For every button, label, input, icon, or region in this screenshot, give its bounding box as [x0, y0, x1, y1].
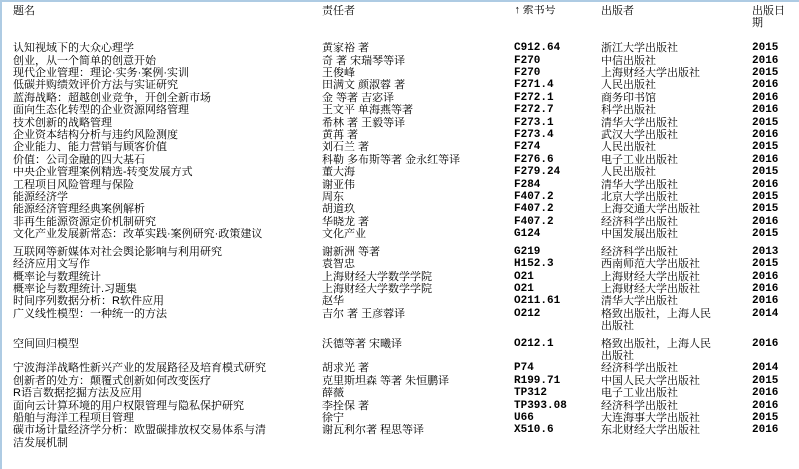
book-publisher: 浙江大学出版社 — [601, 42, 752, 54]
table-row: 广义线性模型：一种统一的方法 吉尔 著 王彦蓉译 O212 格致出版社，上海人民… — [13, 308, 799, 333]
book-publisher: 上海财经大学出版社 — [601, 283, 752, 295]
book-author: 李拴保 著 — [322, 400, 514, 412]
table-row: 能源经济学 周东 F407.2 北京大学出版社 2015 — [13, 191, 799, 203]
book-title[interactable]: 企业能力、能力营销与顾客价值 — [13, 141, 322, 153]
call-number: F272.1 — [514, 92, 601, 104]
table-row: 能源经济管理经典案例解析 胡道玖 F407.2 上海交通大学出版社 2015 — [13, 203, 799, 215]
table-row: 宁波海洋战略性新兴产业的发展路径及培育模式研究 胡求光 著 P74 经济科学出版… — [13, 362, 799, 374]
table-row: 低碳并购绩效评价方法与实证研究 田满文 颜淑蓉 著 F271.4 人民出版社 2… — [13, 79, 799, 91]
call-number: F407.2 — [514, 216, 601, 228]
publish-date: 2016 — [752, 387, 796, 399]
call-number: O21 — [514, 283, 601, 295]
book-publisher: 经济科学出版社 — [601, 246, 752, 258]
book-title[interactable]: 时间序列数据分析：R软件应用 — [13, 295, 322, 307]
book-title[interactable]: 经济应用文写作 — [13, 258, 322, 270]
column-header-callno[interactable]: ↑索书号 — [514, 5, 601, 17]
call-number: TP393.08 — [514, 400, 601, 412]
book-title[interactable]: 企业资本结构分析与违约风险测度 — [13, 129, 322, 141]
book-author: 上海财经大学数学学院 — [322, 271, 514, 283]
book-author: 刘石兰 著 — [322, 141, 514, 153]
book-title[interactable]: 中央企业管理案例精选-转变发展方式 — [13, 166, 322, 178]
book-author: 科勒 多布斯等著 金永红等译 — [322, 154, 514, 166]
book-publisher: 格致出版社，上海人民出版社 — [601, 308, 752, 333]
table-row: 企业能力、能力营销与顾客价值 刘石兰 著 F274 人民出版社 2015 — [13, 141, 799, 153]
book-publisher: 中信出版社 — [601, 55, 752, 67]
book-author: 吉尔 著 王彦蓉译 — [322, 308, 514, 320]
call-number: G124 — [514, 228, 601, 240]
table-row: 价值：公司金融的四大基石 科勒 多布斯等著 金永红等译 F276.6 电子工业出… — [13, 154, 799, 166]
table-row: 企业资本结构分析与违约风险测度 黄苒 著 F273.4 武汉大学出版社 2016 — [13, 129, 799, 141]
table-row: 认知视域下的大众心理学 黄家裕 著 C912.64 浙江大学出版社 2015 — [13, 42, 799, 54]
call-number: F407.2 — [514, 203, 601, 215]
book-publisher: 上海财经大学出版社 — [601, 67, 752, 79]
table-row: 现代企业管理：理论·实务·案例·实训 王俊峰 F270 上海财经大学出版社 20… — [13, 67, 799, 79]
table-row: 创业，从一个简单的创意开始 奇 著 宋瑞琴等译 F270 中信出版社 2016 — [13, 55, 799, 67]
table-row: 中央企业管理案例精选-转变发展方式 董大海 F279.24 人民出版社 2015 — [13, 166, 799, 178]
call-number: F272.7 — [514, 104, 601, 116]
table-row: 时间序列数据分析：R软件应用 赵华 O211.61 清华大学出版社 2016 — [13, 295, 799, 307]
call-number: G219 — [514, 246, 601, 258]
book-title[interactable]: 船舶与海洋工程项目管理 — [13, 412, 322, 424]
call-number: F273.1 — [514, 117, 601, 129]
book-author: 克里斯坦森 等著 朱恒鹏译 — [322, 375, 514, 387]
book-author: 文化产业 — [322, 228, 514, 240]
call-number: U66 — [514, 412, 601, 424]
table-row: 概率论与数理统计 上海财经大学数学学院 O21 上海财经大学出版社 2016 — [13, 271, 799, 283]
table-row: 工程项目风险管理与保险 谢亚伟 F284 清华大学出版社 2016 — [13, 179, 799, 191]
book-title[interactable]: 概率论与数理统计.习题集 — [13, 283, 322, 295]
book-title[interactable]: 认知视域下的大众心理学 — [13, 42, 322, 54]
call-number: F273.4 — [514, 129, 601, 141]
book-author: 华晓龙 著 — [322, 216, 514, 228]
book-title[interactable]: 非再生能源资源定价机制研究 — [13, 216, 322, 228]
table-row: 互联网等新媒体对社会舆论影响与利用研究 谢新洲 等著 G219 经济科学出版社 … — [13, 246, 799, 258]
book-author: 胡求光 著 — [322, 362, 514, 374]
book-publisher: 格致出版社，上海人民出版社 — [601, 338, 752, 363]
table-row: 概率论与数理统计.习题集 上海财经大学数学学院 O21 上海财经大学出版社 20… — [13, 283, 799, 295]
call-number: O212.1 — [514, 338, 601, 350]
catalog-table-header: 题名 责任者 ↑索书号 出版者 出版日期 — [13, 5, 799, 30]
table-row: 蓝海战略：超越创业竞争，开创全新市场 金 等著 吉宓译 F272.1 商务印书馆… — [13, 92, 799, 104]
call-number: F271.4 — [514, 79, 601, 91]
book-publisher: 人民出版社 — [601, 141, 752, 153]
book-title[interactable]: 互联网等新媒体对社会舆论影响与利用研究 — [13, 246, 322, 258]
book-title[interactable]: 面向生态化转型的企业资源网络管理 — [13, 104, 322, 116]
publish-date: 2016 — [752, 179, 796, 191]
book-publisher: 中国发展出版社 — [601, 228, 752, 240]
publish-date: 2015 — [752, 117, 796, 129]
call-number: R199.71 — [514, 375, 601, 387]
catalog-table-body: 认知视域下的大众心理学 黄家裕 著 C912.64 浙江大学出版社 2015 创… — [13, 42, 799, 449]
book-author: 沃德等著 宋曦译 — [322, 338, 514, 350]
call-number: C912.64 — [514, 42, 601, 54]
book-title[interactable]: 概率论与数理统计 — [13, 271, 322, 283]
call-number: X510.6 — [514, 424, 601, 436]
book-publisher: 东北财经大学出版社 — [601, 424, 752, 436]
book-publisher: 经济科学出版社 — [601, 216, 752, 228]
book-author: 袁智忠 — [322, 258, 514, 270]
table-row: 技术创新的战略管理 希林 著 王毅等译 F273.1 清华大学出版社 2015 — [13, 117, 799, 129]
publish-date: 2014 — [752, 362, 796, 374]
book-publisher: 清华大学出版社 — [601, 179, 752, 191]
book-author: 王俊峰 — [322, 67, 514, 79]
catalog-results-page: 题名 责任者 ↑索书号 出版者 出版日期 认知视域下的大众心理学 黄家裕 著 C… — [0, 0, 799, 469]
table-row: 创新者的处方：颠覆式创新如何改变医疗 克里斯坦森 等著 朱恒鹏译 R199.71… — [13, 375, 799, 387]
book-publisher: 电子工业出版社 — [601, 154, 752, 166]
book-author: 周东 — [322, 191, 514, 203]
book-author: 谢亚伟 — [322, 179, 514, 191]
publish-date: 2015 — [752, 258, 796, 270]
book-author: 王文平 单海燕等著 — [322, 104, 514, 116]
book-title[interactable]: 空间回归模型 — [13, 338, 322, 350]
publish-date: 2015 — [752, 375, 796, 387]
book-title[interactable]: 广义线性模型：一种统一的方法 — [13, 308, 322, 320]
book-author: 徐宁 — [322, 412, 514, 424]
book-author: 谢新洲 等著 — [322, 246, 514, 258]
publish-date: 2016 — [752, 424, 796, 436]
publish-date: 2016 — [752, 338, 796, 350]
table-row: 面向云计算环境的用户权限管理与隐私保护研究 李拴保 著 TP393.08 经济科… — [13, 400, 799, 412]
book-publisher: 清华大学出版社 — [601, 117, 752, 129]
call-number: F407.2 — [514, 191, 601, 203]
column-header-date-label: 出版日期 — [752, 5, 788, 30]
book-author: 金 等著 吉宓译 — [322, 92, 514, 104]
sort-ascending-icon: ↑ — [514, 5, 521, 17]
book-publisher: 中国人民大学出版社 — [601, 375, 752, 387]
book-title[interactable]: 蓝海战略：超越创业竞争，开创全新市场 — [13, 92, 322, 104]
book-publisher: 商务印书馆 — [601, 92, 752, 104]
book-title[interactable]: 创新者的处方：颠覆式创新如何改变医疗 — [13, 375, 322, 387]
column-header-author[interactable]: 责任者 — [322, 5, 514, 17]
book-title[interactable]: 碳市场计量经济学分析：欧盟碳排放权交易体系与清洁发展机制 — [13, 424, 322, 449]
book-author: 希林 著 王毅等译 — [322, 117, 514, 129]
book-author: 奇 著 宋瑞琴等译 — [322, 55, 514, 67]
book-publisher: 电子工业出版社 — [601, 387, 752, 399]
publish-date: 2015 — [752, 67, 796, 79]
publish-date: 2015 — [752, 166, 796, 178]
publish-date: 2013 — [752, 246, 796, 258]
book-title[interactable]: 低碳并购绩效评价方法与实证研究 — [13, 79, 322, 91]
call-number: TP312 — [514, 387, 601, 399]
call-number: P74 — [514, 362, 601, 374]
book-publisher: 人民出版社 — [601, 79, 752, 91]
publish-date: 2015 — [752, 228, 796, 240]
book-title[interactable]: 能源经济管理经典案例解析 — [13, 203, 322, 215]
book-author: 黄苒 著 — [322, 129, 514, 141]
table-row: 面向生态化转型的企业资源网络管理 王文平 单海燕等著 F272.7 科学出版社 … — [13, 104, 799, 116]
publish-date: 2016 — [752, 400, 796, 412]
book-title[interactable]: 技术创新的战略管理 — [13, 117, 322, 129]
book-publisher: 上海财经大学出版社 — [601, 271, 752, 283]
call-number: F284 — [514, 179, 601, 191]
publish-date: 2016 — [752, 154, 796, 166]
call-number: H152.3 — [514, 258, 601, 270]
book-publisher: 大连海事大学出版社 — [601, 412, 752, 424]
book-title[interactable]: 面向云计算环境的用户权限管理与隐私保护研究 — [13, 400, 322, 412]
publish-date: 2016 — [752, 92, 796, 104]
table-row: 文化产业发展新常态：改革实践·案例研究·政策建议 文化产业 G124 中国发展出… — [13, 228, 799, 240]
column-header-callno-label: 索书号 — [523, 5, 556, 17]
book-publisher: 经济科学出版社 — [601, 362, 752, 374]
call-number: F270 — [514, 67, 601, 79]
table-row: 空间回归模型 沃德等著 宋曦译 O212.1 格致出版社，上海人民出版社 201… — [13, 338, 799, 363]
book-author: 赵华 — [322, 295, 514, 307]
book-author: 田满文 颜淑蓉 著 — [322, 79, 514, 91]
book-title[interactable]: 文化产业发展新常态：改革实践·案例研究·政策建议 — [13, 228, 322, 240]
book-author: 黄家裕 著 — [322, 42, 514, 54]
book-publisher: 西南师范大学出版社 — [601, 258, 752, 270]
book-title[interactable]: 工程项目风险管理与保险 — [13, 179, 322, 191]
call-number: F276.6 — [514, 154, 601, 166]
table-row: R语言数据挖掘方法及应用 薛薇 TP312 电子工业出版社 2016 — [13, 387, 799, 399]
call-number: O21 — [514, 271, 601, 283]
publish-date: 2015 — [752, 42, 796, 54]
publish-date: 2015 — [752, 412, 796, 424]
book-publisher: 科学出版社 — [601, 104, 752, 116]
call-number: F279.24 — [514, 166, 601, 178]
book-title[interactable]: R语言数据挖掘方法及应用 — [13, 387, 322, 399]
publish-date: 2015 — [752, 203, 796, 215]
call-number: F274 — [514, 141, 601, 153]
column-header-date[interactable]: 出版日期 — [752, 5, 796, 30]
call-number: O211.61 — [514, 295, 601, 307]
publish-date: 2016 — [752, 271, 796, 283]
book-publisher: 上海交通大学出版社 — [601, 203, 752, 215]
table-row: 经济应用文写作 袁智忠 H152.3 西南师范大学出版社 2015 — [13, 258, 799, 270]
publish-date: 2015 — [752, 141, 796, 153]
book-publisher: 北京大学出版社 — [601, 191, 752, 203]
book-title[interactable]: 能源经济学 — [13, 191, 322, 203]
book-author: 董大海 — [322, 166, 514, 178]
book-title[interactable]: 宁波海洋战略性新兴产业的发展路径及培育模式研究 — [13, 362, 322, 374]
publish-date: 2016 — [752, 216, 796, 228]
call-number: O212 — [514, 308, 601, 320]
book-author: 上海财经大学数学学院 — [322, 283, 514, 295]
table-row: 碳市场计量经济学分析：欧盟碳排放权交易体系与清洁发展机制 谢瓦利尔著 程思等译 … — [13, 424, 799, 449]
publish-date: 2016 — [752, 104, 796, 116]
book-author: 薛薇 — [322, 387, 514, 399]
book-publisher: 人民出版社 — [601, 166, 752, 178]
publish-date: 2016 — [752, 79, 796, 91]
book-title[interactable]: 现代企业管理：理论·实务·案例·实训 — [13, 67, 322, 79]
publish-date: 2016 — [752, 55, 796, 67]
publish-date: 2016 — [752, 129, 796, 141]
publish-date: 2016 — [752, 283, 796, 295]
book-author: 胡道玖 — [322, 203, 514, 215]
book-publisher: 经济科学出版社 — [601, 400, 752, 412]
call-number: F270 — [514, 55, 601, 67]
table-row: 船舶与海洋工程项目管理 徐宁 U66 大连海事大学出版社 2015 — [13, 412, 799, 424]
book-author: 谢瓦利尔著 程思等译 — [322, 424, 514, 436]
publish-date: 2015 — [752, 191, 796, 203]
publish-date: 2016 — [752, 295, 796, 307]
table-row: 非再生能源资源定价机制研究 华晓龙 著 F407.2 经济科学出版社 2016 — [13, 216, 799, 228]
publish-date: 2014 — [752, 308, 796, 320]
book-publisher: 清华大学出版社 — [601, 295, 752, 307]
book-title[interactable]: 价值：公司金融的四大基石 — [13, 154, 322, 166]
book-title[interactable]: 创业，从一个简单的创意开始 — [13, 55, 322, 67]
column-header-title[interactable]: 题名 — [13, 5, 322, 17]
book-publisher: 武汉大学出版社 — [601, 129, 752, 141]
column-header-publisher[interactable]: 出版者 — [601, 5, 752, 17]
